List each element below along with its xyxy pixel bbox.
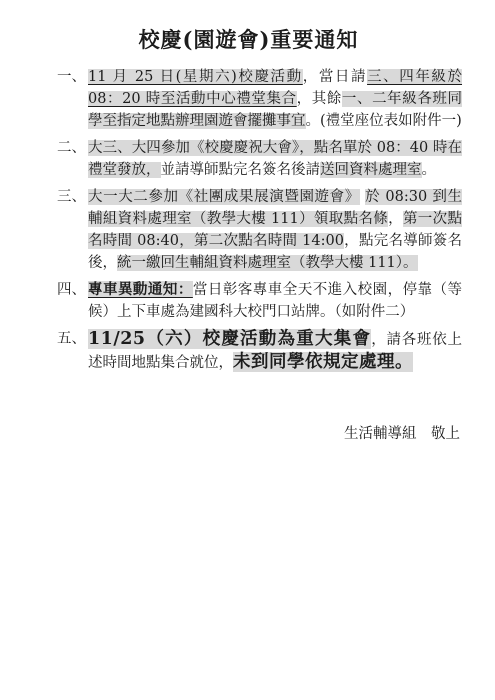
item-text: 大一大二參加《社團成果展演暨園遊會》 於 08:30 到生輔組資料處理室（教學大… [88,186,462,274]
text-segment: 未到同學依規定處理。 [233,352,413,372]
text-segment: ， [388,211,403,227]
item-number: 二、 [57,137,88,159]
notice-item: 二、大三、大四參加《校慶慶祝大會》，點名單於 08：40 時在禮堂發放，並請導師… [57,137,462,181]
notice-item: 三、大一大二參加《社團成果展演暨園遊會》 於 08:30 到生輔組資料處理室（教… [57,186,462,274]
text-segment: 11 月 25 日(星期六)校慶活動 [88,69,303,85]
text-segment: 送回資料處理室 [320,162,422,178]
item-number: 五、 [57,328,88,350]
text-segment: 。 [422,162,437,178]
notice-list: 一、11 月 25 日(星期六)校慶活動，當日請三、四年級於 08：20 時至活… [57,66,462,374]
text-segment: 。(禮堂座位表如附件一) [306,113,462,129]
signature: 生活輔導組 敬上 [57,422,462,443]
item-number: 四、 [57,279,88,301]
text-segment: 大一大二參加《社團成果展演暨園遊會》 [88,189,360,205]
text-segment: ，其餘 [297,91,342,107]
text-segment: 統一繳回生輔組資料處理室（教學大樓 111）。 [117,255,418,271]
notice-page: 校慶(園遊會)重要通知 一、11 月 25 日(星期六)校慶活動，當日請三、四年… [0,0,495,700]
item-text: 專車異動通知：當日彰客專車全天不進入校園，停靠（等候）上下車處為建國科大校門口站… [88,279,462,323]
text-segment: 11/25（六）校慶活動為重大集會 [88,329,371,349]
notice-item: 五、11/25（六）校慶活動為重大集會，請各班依上述時間地點集合就位，未到同學依… [57,328,462,374]
item-number: 三、 [57,186,88,208]
text-segment: ，當日請 [303,69,367,85]
item-text: 大三、大四參加《校慶慶祝大會》，點名單於 08：40 時在禮堂發放，並請導師點完… [88,137,462,181]
item-number: 一、 [57,66,88,88]
item-text: 11/25（六）校慶活動為重大集會，請各班依上述時間地點集合就位，未到同學依規定… [88,328,462,374]
notice-item: 一、11 月 25 日(星期六)校慶活動，當日請三、四年級於 08：20 時至活… [57,66,462,132]
notice-item: 四、專車異動通知：當日彰客專車全天不進入校園，停靠（等候）上下車處為建國科大校門… [57,279,462,323]
page-title: 校慶(園遊會)重要通知 [35,24,462,54]
text-segment: 專車異動通知： [88,281,193,298]
item-text: 11 月 25 日(星期六)校慶活動，當日請三、四年級於 08：20 時至活動中… [88,66,462,132]
text-segment: 並請導師點完名簽名後請 [161,162,321,178]
